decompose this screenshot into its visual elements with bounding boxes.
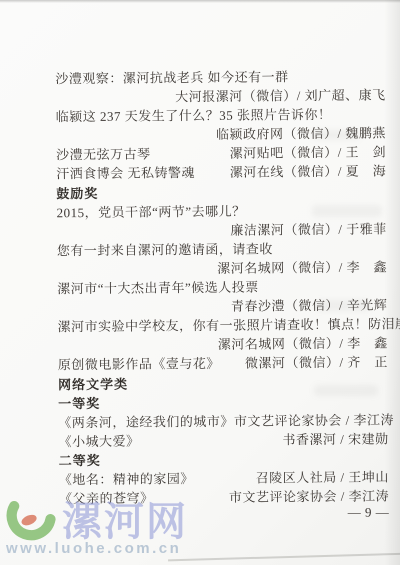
- entry-title: 《小城大爱》: [58, 430, 139, 450]
- scan-artifact: [315, 300, 370, 311]
- scan-edge-line: [168, 553, 400, 562]
- entry-title: 沙澧观察：漯河抗战老兵 如今还有一群: [55, 66, 288, 87]
- scan-artifact: [312, 130, 360, 140]
- entry-title: 《父亲的苍穹》: [59, 487, 154, 507]
- section-heading-label: 网络文学类: [58, 373, 128, 393]
- watermark-site-url: www.luohe.com.cn: [6, 540, 181, 557]
- document-line: 《父亲的苍穹》市文艺评论家协会 / 李江涛: [59, 485, 389, 507]
- entry-credit: 大河报漯河（微信）/ 刘广超、康飞: [175, 84, 386, 105]
- entry-credit: 召陵区人社局 / 王坤山: [256, 466, 389, 486]
- entry-credit: 临颍政府网（微信）/ 魏鹏燕: [216, 123, 386, 143]
- entry-title: 2015，党员干部“两节”去哪儿？: [56, 200, 245, 221]
- section-heading-label: 二等奖: [59, 450, 101, 469]
- entry-credit: 漯河在线（微信）/ 夏 海: [230, 161, 387, 181]
- section-heading-label: 鼓励奖: [56, 182, 98, 201]
- document-line: 大河报漯河（微信）/ 刘广超、康飞: [55, 84, 385, 106]
- scan-artifact: [314, 385, 378, 396]
- entry-credit: 漯河名城网（微信）/ 李 鑫: [217, 256, 387, 276]
- entry-title: 临颍这 237 天发生了什么？35 张照片告诉你！: [56, 104, 332, 125]
- entry-credit: 书香漯河 / 宋建勋: [282, 428, 388, 448]
- document-line: 汗洒食博会 无私铸警魂漯河在线（微信）/ 夏 海: [56, 161, 386, 183]
- entry-credit: 微漯河（微信）/ 齐 正: [245, 352, 388, 372]
- entry-credit: 廉洁漯河（微信）/ 于雅菲: [230, 218, 387, 238]
- document-line: 原创微电影作品《壹与花》微漯河（微信）/ 齐 正: [58, 352, 388, 374]
- page-number: — 9 —: [348, 505, 390, 521]
- document-line: 漯河名城网（微信）/ 李 鑫: [57, 256, 387, 278]
- scanned-page: 沙澧观察：漯河抗战老兵 如今还有一群大河报漯河（微信）/ 刘广超、康飞临颍这 2…: [0, 0, 400, 565]
- scan-artifact: [312, 205, 382, 217]
- entry-title: 您有一封来自漯河的邀请函，请查收: [57, 238, 273, 259]
- entry-title: 汗洒食博会 无私铸警魂: [56, 163, 195, 183]
- entry-credit: 市文艺评论家协会 / 李江涛: [234, 409, 394, 429]
- entry-title: 沙澧无弦万古琴: [56, 144, 151, 164]
- document-line: 《小城大爱》书香漯河 / 宋建勋: [58, 428, 388, 450]
- section-heading-label: 一等奖: [58, 392, 100, 411]
- document-line: — 9 —: [59, 505, 389, 527]
- entry-title: 《地名：精神的家园》: [59, 468, 194, 488]
- entry-title: 《两条河，途经我们的城市》: [58, 410, 234, 431]
- entry-credit: 漯河名城网（微信）/ 李 鑫: [218, 333, 388, 353]
- document-lines: 沙澧观察：漯河抗战老兵 如今还有一群大河报漯河（微信）/ 刘广超、康飞临颍这 2…: [0, 0, 400, 527]
- entry-title: 原创微电影作品《壹与花》: [58, 353, 220, 373]
- entry-credit: 市文艺评论家协会 / 李江涛: [229, 485, 389, 505]
- entry-credit: 漯河贴吧（微信）/ 王 剑: [230, 142, 387, 162]
- document-line: 廉洁漯河（微信）/ 于雅菲: [57, 218, 387, 240]
- entry-title: 漯河市“十大杰出青年”候选人投票: [57, 277, 259, 298]
